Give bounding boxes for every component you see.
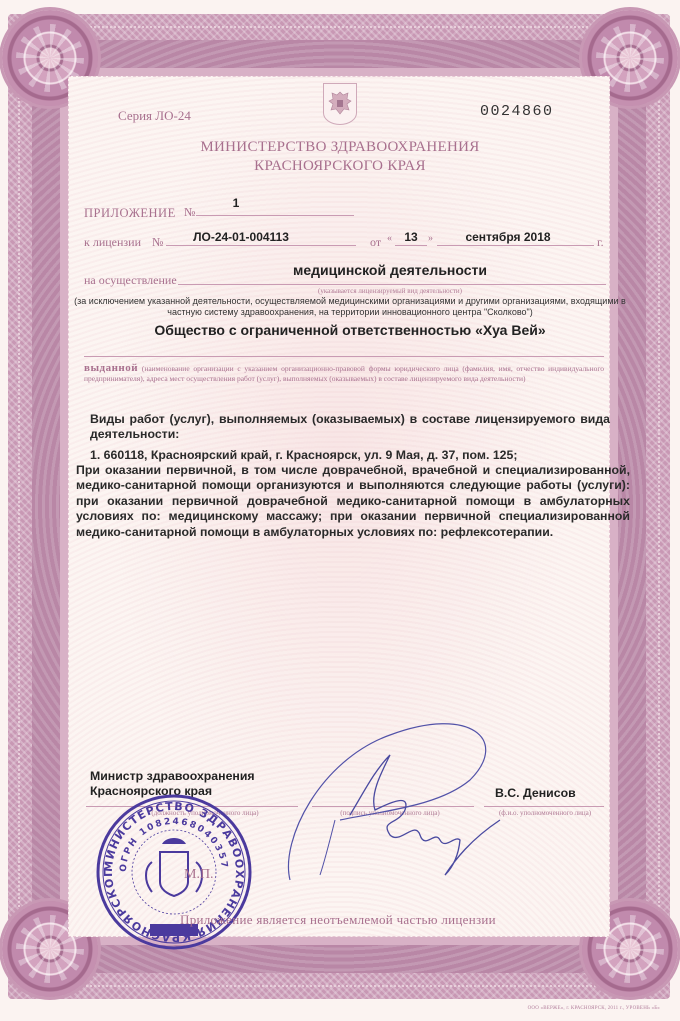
works-line: при оказании первичной доврачебной медик… bbox=[76, 494, 630, 509]
works-title: Виды работ (услуг), выполняемых (оказыва… bbox=[90, 412, 610, 443]
date-month-year: сентября 2018 bbox=[437, 230, 579, 244]
year-suffix: г. bbox=[597, 235, 604, 250]
issuer-title-line2: КРАСНОЯРСКОГО КРАЯ bbox=[100, 157, 580, 176]
issued-label: выданной bbox=[84, 362, 138, 374]
handwritten-signature-icon bbox=[280, 700, 600, 890]
appendix-number: 1 bbox=[196, 196, 276, 210]
organization-name: Общество с ограниченной ответственностью… bbox=[70, 322, 630, 338]
form-serial-number: 0024860 bbox=[480, 103, 554, 120]
activity-value: медицинской деятельности bbox=[180, 262, 600, 278]
works-line: медико-санитарной помощи в амбулаторных … bbox=[76, 525, 630, 540]
issued-hint: (наименование организации с указанием ор… bbox=[84, 364, 604, 383]
activity-label: на осуществление bbox=[84, 273, 177, 288]
printer-note: ООО «ВЕРЖЕ», г. КРАСНОЯРСК, 2011 г., УРО… bbox=[528, 1006, 660, 1011]
license-number: ЛО-24-01-004113 bbox=[166, 230, 316, 244]
works-line: условиях по: медицинскому массажу; при о… bbox=[76, 509, 630, 524]
official-seal-stamp: МИНИСТЕРСТВО ЗДРАВООХРАНЕНИЯ КРАСНОЯРСКО… bbox=[94, 792, 254, 952]
license-label: к лицензии bbox=[84, 235, 141, 250]
signatory-title-line1: Министр здравоохранения bbox=[90, 769, 255, 784]
footer-note: Приложение является неотъемлемой частью … bbox=[180, 912, 496, 928]
quote-open: « bbox=[387, 233, 392, 244]
stamp-mark: М.П. bbox=[184, 867, 214, 883]
russian-coat-of-arms-icon bbox=[323, 83, 357, 125]
exclusion-note: (за исключением указанной деятельности, … bbox=[70, 296, 630, 318]
address-item: 1. 660118, Красноярский край, г. Красноя… bbox=[90, 448, 610, 463]
appendix-number-line bbox=[196, 215, 354, 216]
organization-line bbox=[84, 356, 604, 357]
series-label: Серия ЛО-24 bbox=[118, 108, 191, 124]
license-appendix-sheet: ООО «ВЕРЖЕ», г. КРАСНОЯРСК, 2011 г., УРО… bbox=[0, 0, 680, 1021]
quote-close: » bbox=[428, 233, 433, 244]
date-day-line bbox=[395, 245, 427, 246]
works-description: При оказании первичной, в том числе довр… bbox=[76, 463, 630, 540]
date-day: 13 bbox=[393, 230, 429, 244]
activity-hint: (указывается лицензируемый вид деятельно… bbox=[180, 287, 600, 295]
issued-to-note: выданной (наименование организации с ука… bbox=[84, 363, 604, 384]
works-line: При оказании первичной, в том числе довр… bbox=[76, 463, 630, 478]
works-line: медико-санитарной помощи организуются и … bbox=[76, 478, 630, 493]
number-sign: № bbox=[184, 205, 195, 220]
appendix-label: ПРИЛОЖЕНИЕ bbox=[84, 206, 176, 221]
issuer-title-line1: МИНИСТЕРСТВО ЗДРАВООХРАНЕНИЯ bbox=[100, 138, 580, 157]
number-sign: № bbox=[152, 235, 163, 250]
activity-line bbox=[178, 284, 606, 285]
from-label: от bbox=[370, 235, 381, 250]
license-number-line bbox=[166, 245, 356, 246]
date-month-line bbox=[437, 245, 594, 246]
